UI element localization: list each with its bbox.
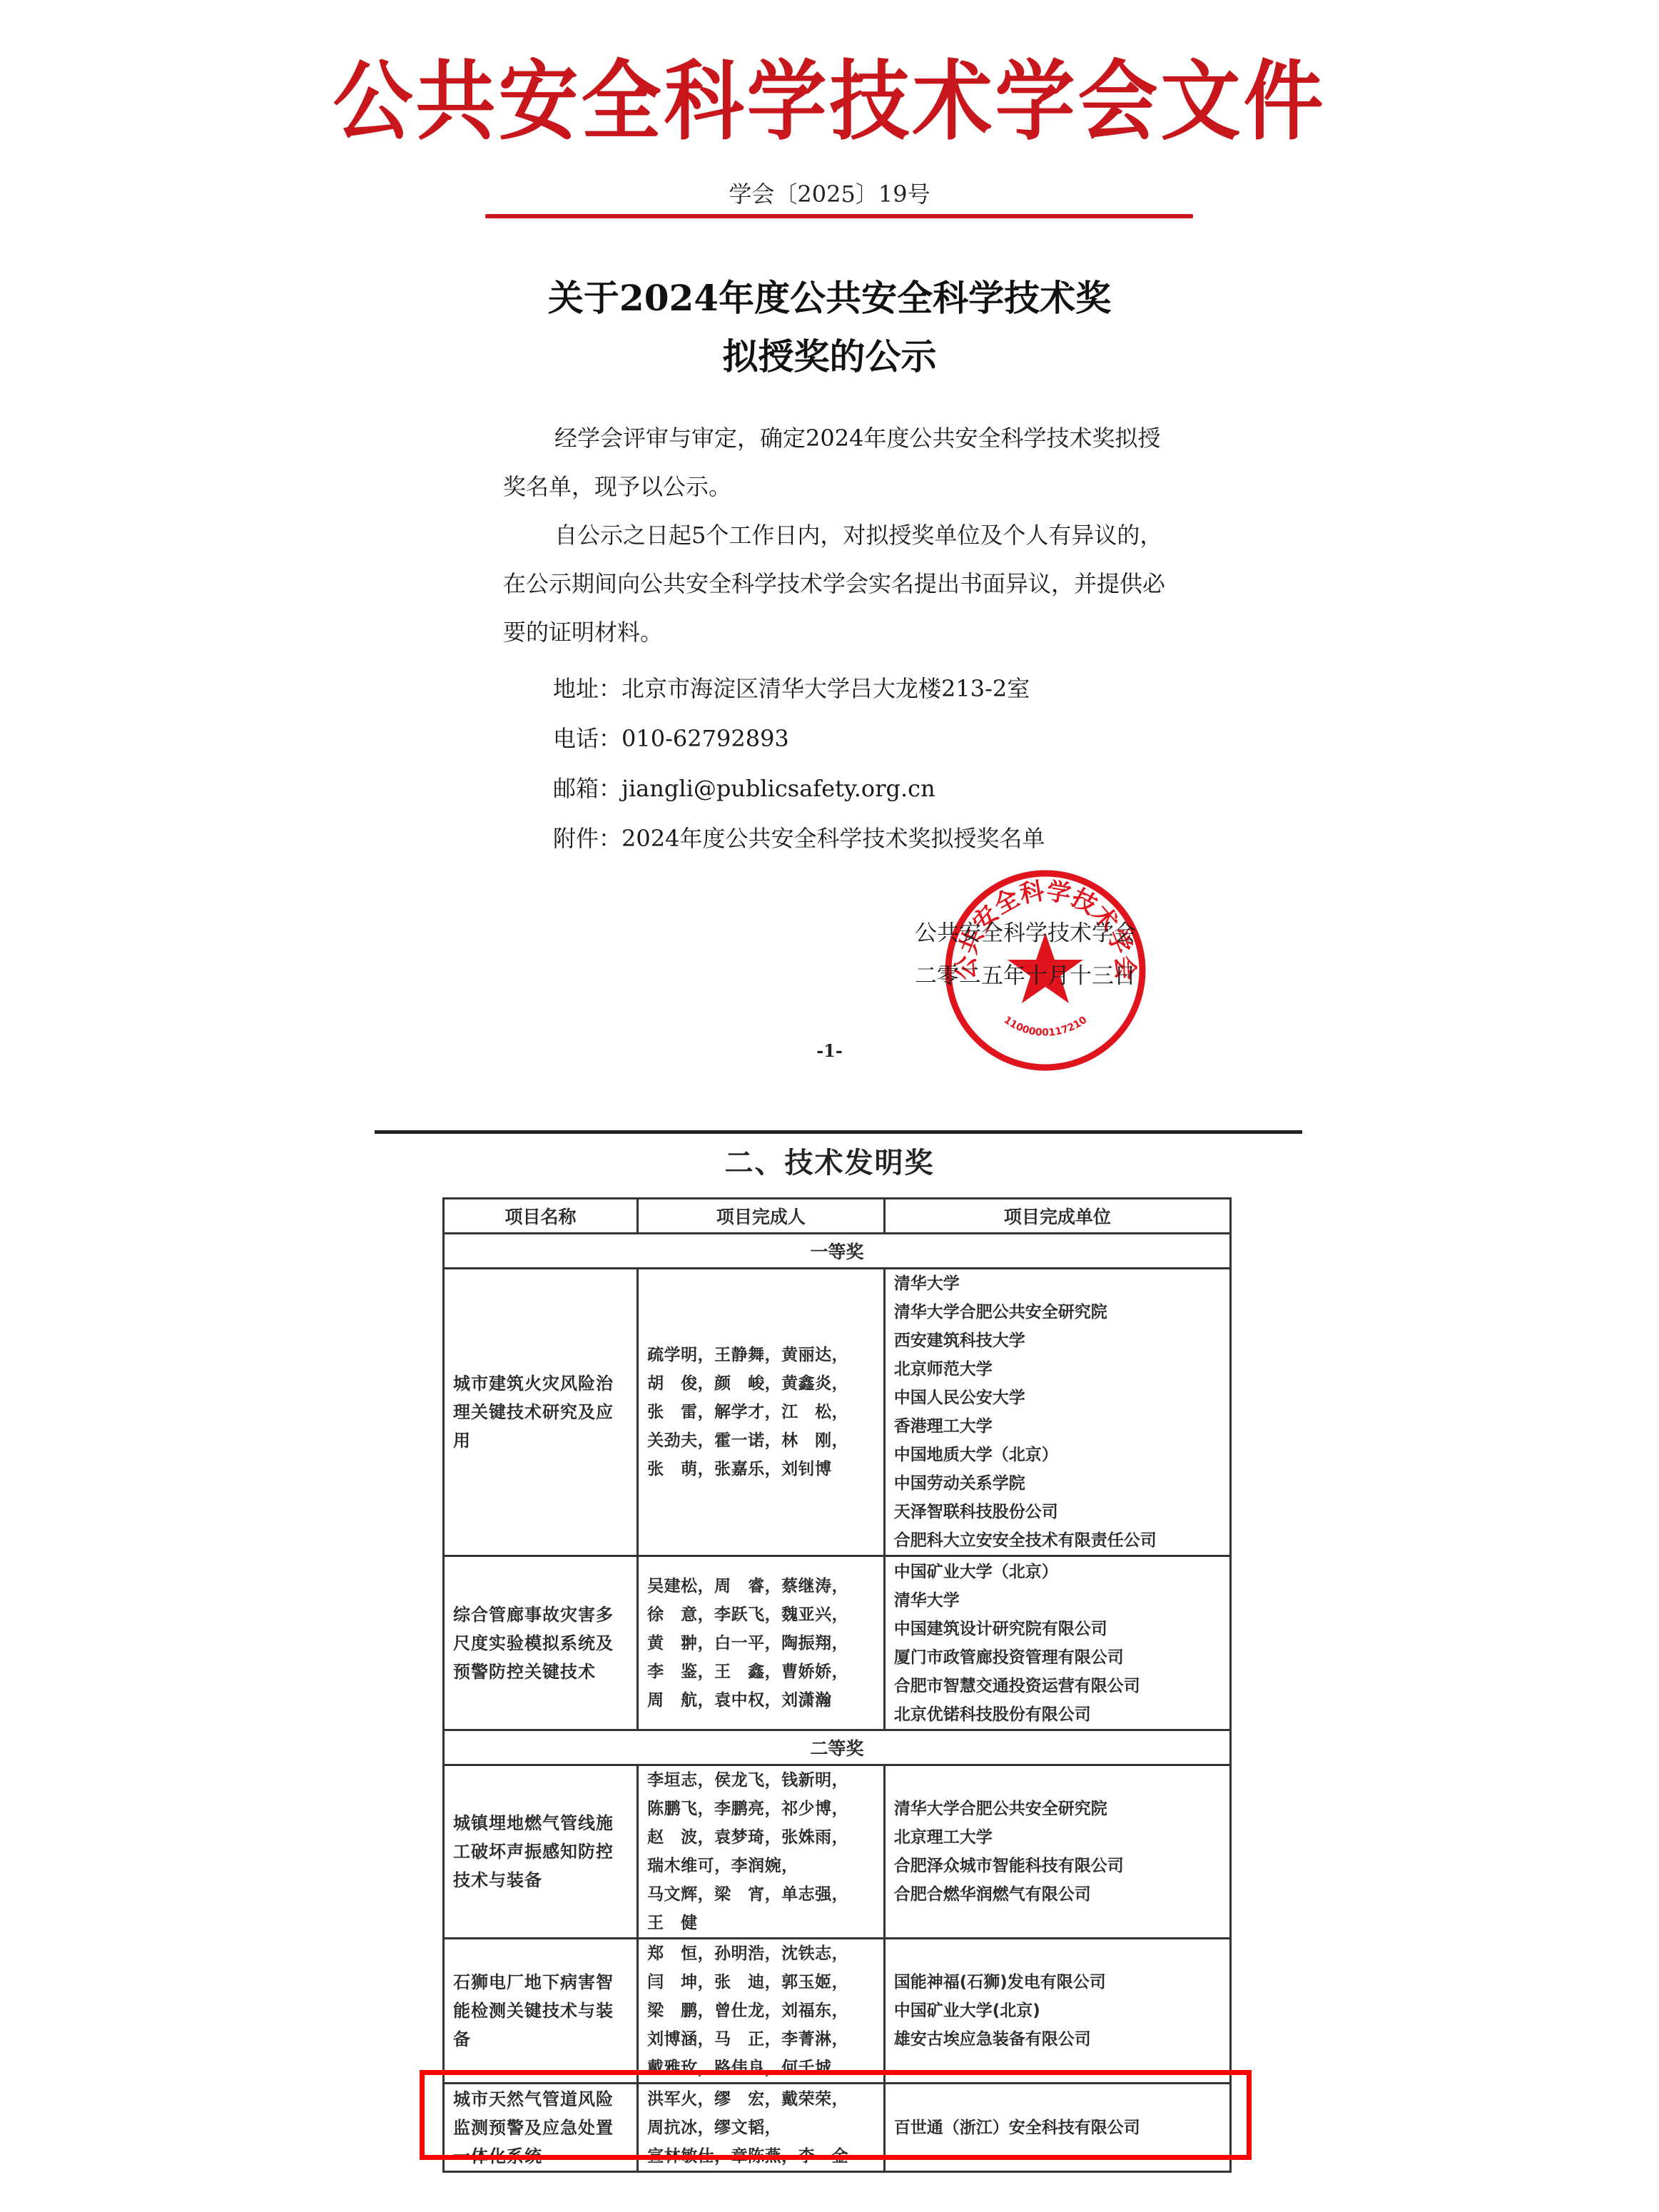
unit-line: 合肥科大立安安全技术有限责任公司 [894, 1526, 1221, 1555]
address-label: 地址： [553, 671, 622, 704]
award-table: 项目名称 项目完成人 项目完成单位 一等奖 城市建筑火灾风险治理关键技术研究及应… [442, 1197, 1232, 2173]
units: 中国矿业大学（北京） 清华大学 中国建筑设计研究院有限公司 厦门市政管廊投资管理… [884, 1556, 1230, 1730]
unit-line: 北京师范大学 [894, 1355, 1221, 1384]
svg-text:1100000117210: 1100000117210 [1002, 1014, 1090, 1038]
document-number: 学会〔2025〕19号 [0, 176, 1659, 209]
notice-title-line1: 关于2024年度公共安全科学技术奖 [0, 270, 1659, 321]
unit-line: 北京理工大学 [894, 1823, 1221, 1852]
unit-line: 国能神福(石狮)发电有限公司 [894, 1968, 1221, 1997]
unit-line: 北京优锘科技股份有限公司 [894, 1700, 1221, 1729]
project-name: 综合管廊事故灾害多尺度实验模拟系统及预警防控关键技术 [444, 1556, 638, 1730]
units: 清华大学 清华大学合肥公共安全研究院 西安建筑科技大学 北京师范大学 中国人民公… [884, 1269, 1230, 1556]
signature-date: 二零二五年十月十三日 [915, 958, 1136, 990]
contributor-line: 疏学明，王静舞，黄丽达， [647, 1341, 875, 1369]
contributor-line: 张 萌，张嘉乐，刘钊博 [647, 1455, 875, 1483]
unit-line: 合肥市智慧交通投资运营有限公司 [894, 1672, 1221, 1700]
tier-row-second-prize: 二等奖 [444, 1730, 1231, 1765]
table-row: 城市建筑火灾风险治理关键技术研究及应用 疏学明，王静舞，黄丽达， 胡 俊，颜 峻… [444, 1269, 1231, 1556]
unit-line: 清华大学 [894, 1269, 1221, 1298]
contributor-line: 马文辉，梁 宵，单志强， [647, 1880, 875, 1909]
contributor-line: 刘博涵，马 正，李菁淋， [647, 2025, 875, 2054]
contributor-line: 赵 波，袁梦琦，张姝雨， [647, 1823, 875, 1852]
email-value: jiangli@publicsafety.org.cn [622, 775, 935, 802]
table-header-row: 项目名称 项目完成人 项目完成单位 [444, 1199, 1231, 1234]
contributor-line: 吴建松，周 睿，蔡继涛， [647, 1572, 875, 1600]
signature-organization: 公共安全科学技术学会 [915, 915, 1136, 947]
section-title: 二、技术发明奖 [0, 1140, 1659, 1181]
header-project-name: 项目名称 [444, 1199, 638, 1234]
unit-line: 天泽智联科技股份公司 [894, 1498, 1221, 1526]
paragraph-announcement: 经学会评审与审定，确定2024年度公共安全科学技术奖拟授奖名单，现予以公示。 [503, 414, 1174, 511]
unit-line: 中国矿业大学（北京） [894, 1558, 1221, 1586]
unit-line: 百世通（浙江）安全科技有限公司 [894, 2114, 1221, 2142]
contributor-line: 洪军火，缪 宏，戴荣荣， [647, 2085, 875, 2114]
unit-line: 清华大学 [894, 1586, 1221, 1615]
unit-line: 雄安古埃应急装备有限公司 [894, 2025, 1221, 2054]
units: 百世通（浙江）安全科技有限公司 [884, 2084, 1230, 2172]
project-name: 城市天然气管道风险监测预警及应急处置一体化系统 [444, 2084, 638, 2172]
contributor-line: 闫 坤，张 迪，郭玉姬， [647, 1968, 875, 1997]
contributors: 吴建松，周 睿，蔡继涛， 徐 意，李跃飞，魏亚兴， 黄 翀，白一平，陶振翔， 李… [638, 1556, 885, 1730]
contributors: 洪军火，缪 宏，戴荣荣， 周抗冰，缪文韬， 宣林敏仕，章陈燕，李 金 [638, 2084, 885, 2172]
unit-line: 清华大学合肥公共安全研究院 [894, 1795, 1221, 1823]
units: 国能神福(石狮)发电有限公司 中国矿业大学(北京) 雄安古埃应急装备有限公司 [884, 1939, 1230, 2084]
contributor-line: 瑞木维可，李润婉， [647, 1852, 875, 1880]
contributor-line: 周抗冰，缪文韬， [647, 2114, 875, 2142]
contact-email: 邮箱：jiangli@publicsafety.org.cn [553, 771, 935, 803]
unit-line: 中国地质大学（北京） [894, 1441, 1221, 1469]
table-row: 石狮电厂地下病害智能检测关键技术与装备 郑 恒，孙明浩，沈铁志， 闫 坤，张 迪… [444, 1939, 1231, 2084]
contributor-line: 宣林敏仕，章陈燕，李 金 [647, 2142, 875, 2171]
unit-line: 中国建筑设计研究院有限公司 [894, 1615, 1221, 1643]
unit-line: 西安建筑科技大学 [894, 1326, 1221, 1355]
table-row-highlighted: 城市天然气管道风险监测预警及应急处置一体化系统 洪军火，缪 宏，戴荣荣， 周抗冰… [444, 2084, 1231, 2172]
attachment-label: 附件： [553, 821, 622, 853]
unit-line: 中国矿业大学(北京) [894, 1997, 1221, 2025]
tier-row-first-prize: 一等奖 [444, 1234, 1231, 1269]
unit-line: 厦门市政管廊投资管理有限公司 [894, 1643, 1221, 1672]
project-name: 石狮电厂地下病害智能检测关键技术与装备 [444, 1939, 638, 2084]
contributor-line: 徐 意，李跃飞，魏亚兴， [647, 1600, 875, 1629]
red-header-rule [485, 214, 1193, 218]
page-divider [375, 1130, 1302, 1134]
unit-line: 中国劳动关系学院 [894, 1469, 1221, 1498]
unit-line: 清华大学合肥公共安全研究院 [894, 1298, 1221, 1326]
contributor-line: 王 健 [647, 1909, 875, 1937]
address-value: 北京市海淀区清华大学吕大龙楼213-2室 [622, 675, 1030, 702]
project-name: 城市建筑火灾风险治理关键技术研究及应用 [444, 1269, 638, 1556]
contributors: 李垣志，侯龙飞，钱新明， 陈鹏飞，李鹏亮，祁少博， 赵 波，袁梦琦，张姝雨， 瑞… [638, 1765, 885, 1939]
unit-line: 中国人民公安大学 [894, 1384, 1221, 1412]
table-row: 综合管廊事故灾害多尺度实验模拟系统及预警防控关键技术 吴建松，周 睿，蔡继涛， … [444, 1556, 1231, 1730]
contact-address: 地址：北京市海淀区清华大学吕大龙楼213-2室 [553, 671, 1030, 704]
unit-line: 合肥合燃华润燃气有限公司 [894, 1880, 1221, 1909]
contributor-line: 郑 恒，孙明浩，沈铁志， [647, 1939, 875, 1968]
header-contributors: 项目完成人 [638, 1199, 885, 1234]
phone-label: 电话： [553, 721, 622, 754]
project-name: 城镇埋地燃气管线施工破坏声振感知防控技术与装备 [444, 1765, 638, 1939]
contributor-line: 李垣志，侯龙飞，钱新明， [647, 1766, 875, 1795]
tier-label: 二等奖 [444, 1730, 1231, 1765]
contact-phone: 电话：010-62792893 [553, 721, 789, 754]
email-label: 邮箱： [553, 771, 622, 803]
contributor-line: 李 鉴，王 鑫，曹娇娇， [647, 1658, 875, 1686]
notice-body: 经学会评审与审定，确定2024年度公共安全科学技术奖拟授奖名单，现予以公示。 自… [503, 414, 1174, 656]
contributors: 郑 恒，孙明浩，沈铁志， 闫 坤，张 迪，郭玉姬， 梁 鹏，曾仕龙，刘福东， 刘… [638, 1939, 885, 2084]
units: 清华大学合肥公共安全研究院 北京理工大学 合肥泽众城市智能科技有限公司 合肥合燃… [884, 1765, 1230, 1939]
contributor-line: 戴雅玫，路伟良，何千城 [647, 2054, 875, 2082]
page-number: -1- [0, 1040, 1659, 1061]
contributors: 疏学明，王静舞，黄丽达， 胡 俊，颜 峻，黄鑫炎， 张 雷，解学才，江 松， 关… [638, 1269, 885, 1556]
attachment-value: 2024年度公共安全科学技术奖拟授奖名单 [622, 825, 1045, 852]
contributor-line: 胡 俊，颜 峻，黄鑫炎， [647, 1369, 875, 1398]
contributor-line: 陈鹏飞，李鹏亮，祁少博， [647, 1795, 875, 1823]
phone-value: 010-62792893 [622, 725, 789, 752]
paragraph-objection: 自公示之日起5个工作日内，对拟授奖单位及个人有异议的，在公示期间向公共安全科学技… [503, 511, 1174, 656]
unit-line: 香港理工大学 [894, 1412, 1221, 1441]
table-row: 城镇埋地燃气管线施工破坏声振感知防控技术与装备 李垣志，侯龙飞，钱新明， 陈鹏飞… [444, 1765, 1231, 1939]
contributor-line: 张 雷，解学才，江 松， [647, 1398, 875, 1426]
header-units: 项目完成单位 [884, 1199, 1230, 1234]
contributor-line: 梁 鹏，曾仕龙，刘福东， [647, 1997, 875, 2025]
contact-attachment: 附件：2024年度公共安全科学技术奖拟授奖名单 [553, 821, 1045, 853]
contributor-line: 关劲夫，霍一诺，林 刚， [647, 1426, 875, 1455]
unit-line: 合肥泽众城市智能科技有限公司 [894, 1852, 1221, 1880]
letterhead-title: 公共安全科学技术学会文件 [0, 33, 1659, 157]
notice-title-line2: 拟授奖的公示 [0, 328, 1659, 380]
tier-label: 一等奖 [444, 1234, 1231, 1269]
contributor-line: 周 航，袁中权，刘潇瀚 [647, 1686, 875, 1715]
contributor-line: 黄 翀，白一平，陶振翔， [647, 1629, 875, 1658]
